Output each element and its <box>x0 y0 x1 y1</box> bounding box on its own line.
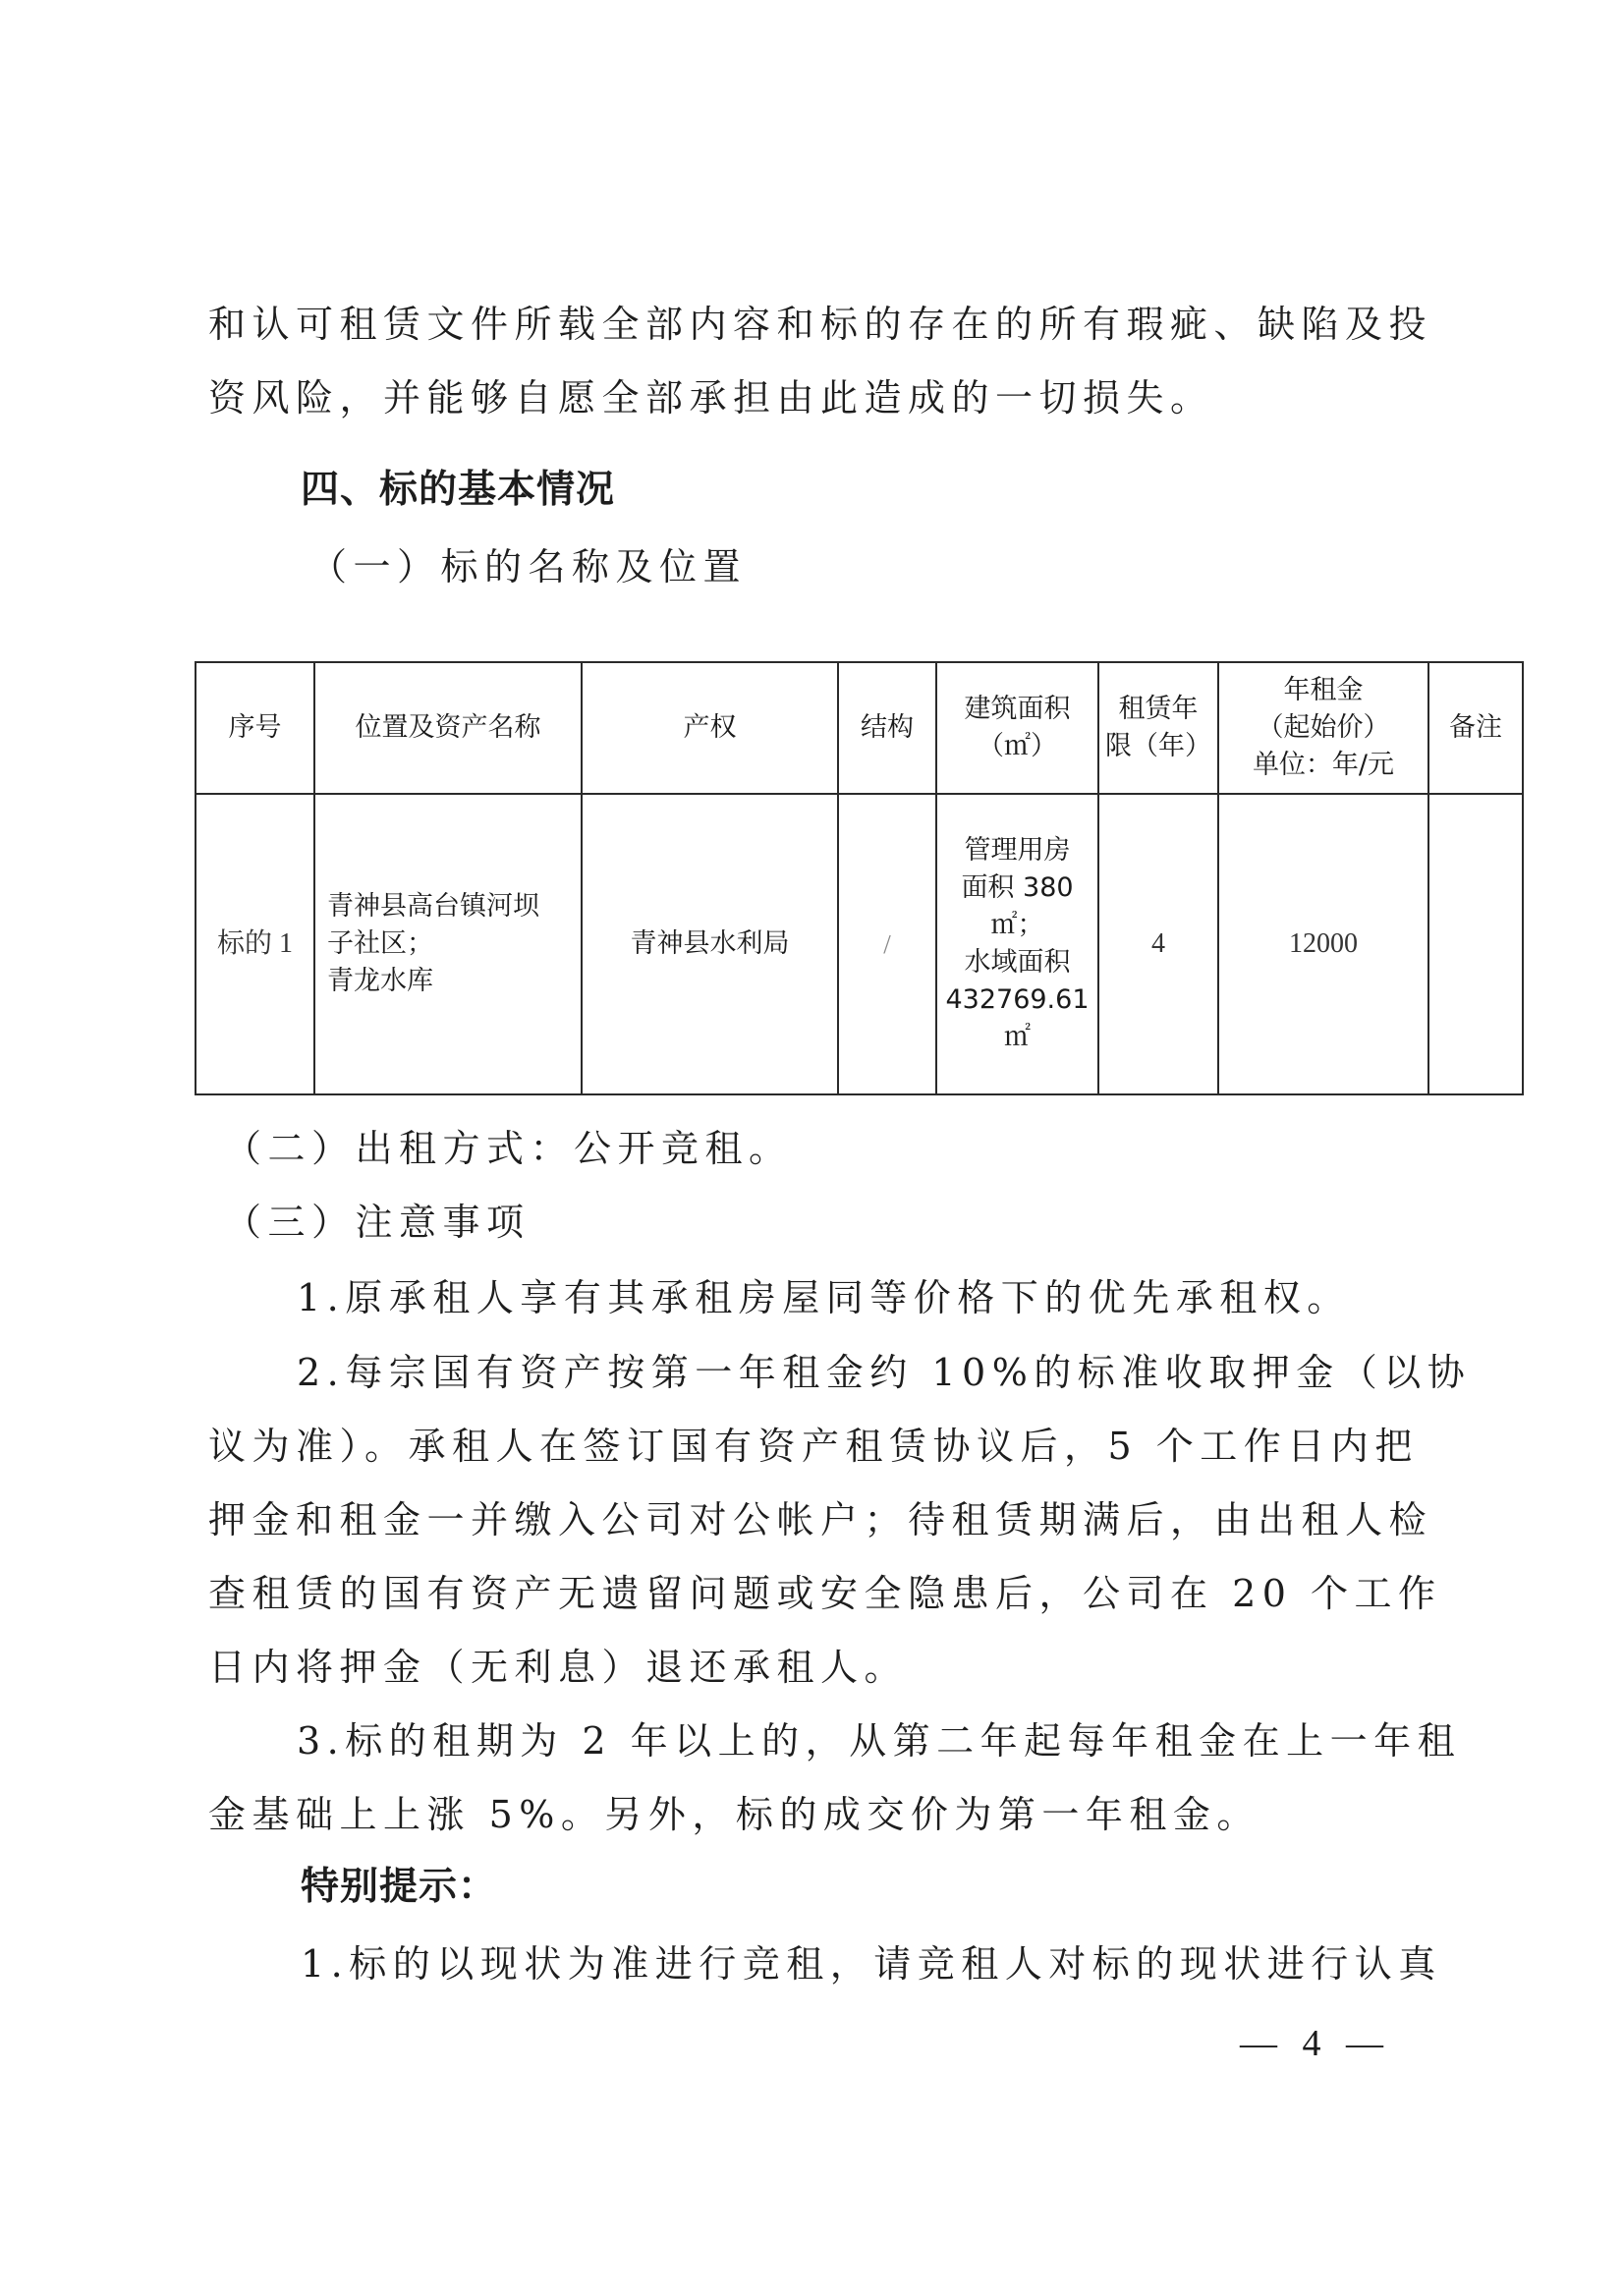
intro-paragraph-line-1: 和认可租赁文件所载全部内容和标的存在的所有瑕疵、缺陷及投 <box>208 301 1432 348</box>
header-term: 租赁年 限（年） <box>1098 662 1218 794</box>
note-3-line-2: 金基础上上涨 5%。另外，标的成交价为第一年租金。 <box>208 1791 1260 1838</box>
subsection-heading-1: （一）标的名称及位置 <box>309 543 747 590</box>
header-seq: 序号 <box>196 662 314 794</box>
cell-rent: 12000 <box>1218 794 1428 1094</box>
cell-seq: 标的 1 <box>196 794 314 1094</box>
table-header-row: 序号 位置及资产名称 产权 结构 建筑面积 （㎡） 租赁年 限（年） 年租金 （… <box>196 662 1523 794</box>
note-1: 1.原承租人享有其承租房屋同等价格下的优先承租权。 <box>297 1274 1351 1321</box>
subsection-heading-3: （三）注意事项 <box>224 1199 531 1246</box>
header-location-name: 位置及资产名称 <box>314 662 582 794</box>
cell-term: 4 <box>1098 794 1218 1094</box>
table-row: 标的 1 青神县高台镇河坝 子社区； 青龙水库 青神县水利局 / 管理用房 面积… <box>196 794 1523 1094</box>
note-2-line-3: 押金和租金一并缴入公司对公帐户；待租赁期满后，由出租人检 <box>208 1496 1432 1543</box>
header-area: 建筑面积 （㎡） <box>936 662 1098 794</box>
intro-paragraph-line-2: 资风险，并能够自愿全部承担由此造成的一切损失。 <box>208 374 1214 421</box>
note-3-line-1: 3.标的租期为 2 年以上的，从第二年起每年租金在上一年租 <box>297 1717 1461 1764</box>
page-number: — 4 — <box>1240 2022 1391 2065</box>
note-2-line-4: 查租赁的国有资产无遗留问题或安全隐患后，公司在 20 个工作 <box>208 1570 1442 1617</box>
cell-ownership: 青神县水利局 <box>582 794 838 1094</box>
cell-remarks <box>1428 794 1523 1094</box>
header-ownership: 产权 <box>582 662 838 794</box>
note-2-line-1: 2.每宗国有资产按第一年租金约 10%的标准收取押金（以协 <box>297 1349 1471 1396</box>
header-structure: 结构 <box>838 662 936 794</box>
header-remarks: 备注 <box>1428 662 1523 794</box>
subsection-heading-2: （二）出租方式：公开竞租。 <box>224 1125 793 1172</box>
cell-location-name: 青神县高台镇河坝 子社区； 青龙水库 <box>314 794 582 1094</box>
cell-structure: / <box>838 794 936 1094</box>
cell-area: 管理用房 面积 380 ㎡； 水域面积 432769.61 ㎡ <box>936 794 1098 1094</box>
note-2-line-5: 日内将押金（无利息）退还承租人。 <box>208 1644 908 1691</box>
special-notice-heading: 特别提示： <box>301 1864 497 1911</box>
special-notice-1: 1.标的以现状为准进行竞租，请竞租人对标的现状进行认真 <box>301 1940 1442 1988</box>
note-2-line-2: 议为准）。承租人在签订国有资产租赁协议后，5 个工作日内把 <box>208 1423 1419 1470</box>
header-rent: 年租金 （起始价） 单位：年/元 <box>1218 662 1428 794</box>
asset-table: 序号 位置及资产名称 产权 结构 建筑面积 （㎡） 租赁年 限（年） 年租金 （… <box>195 661 1524 1095</box>
section-heading: 四、标的基本情况 <box>301 467 615 514</box>
